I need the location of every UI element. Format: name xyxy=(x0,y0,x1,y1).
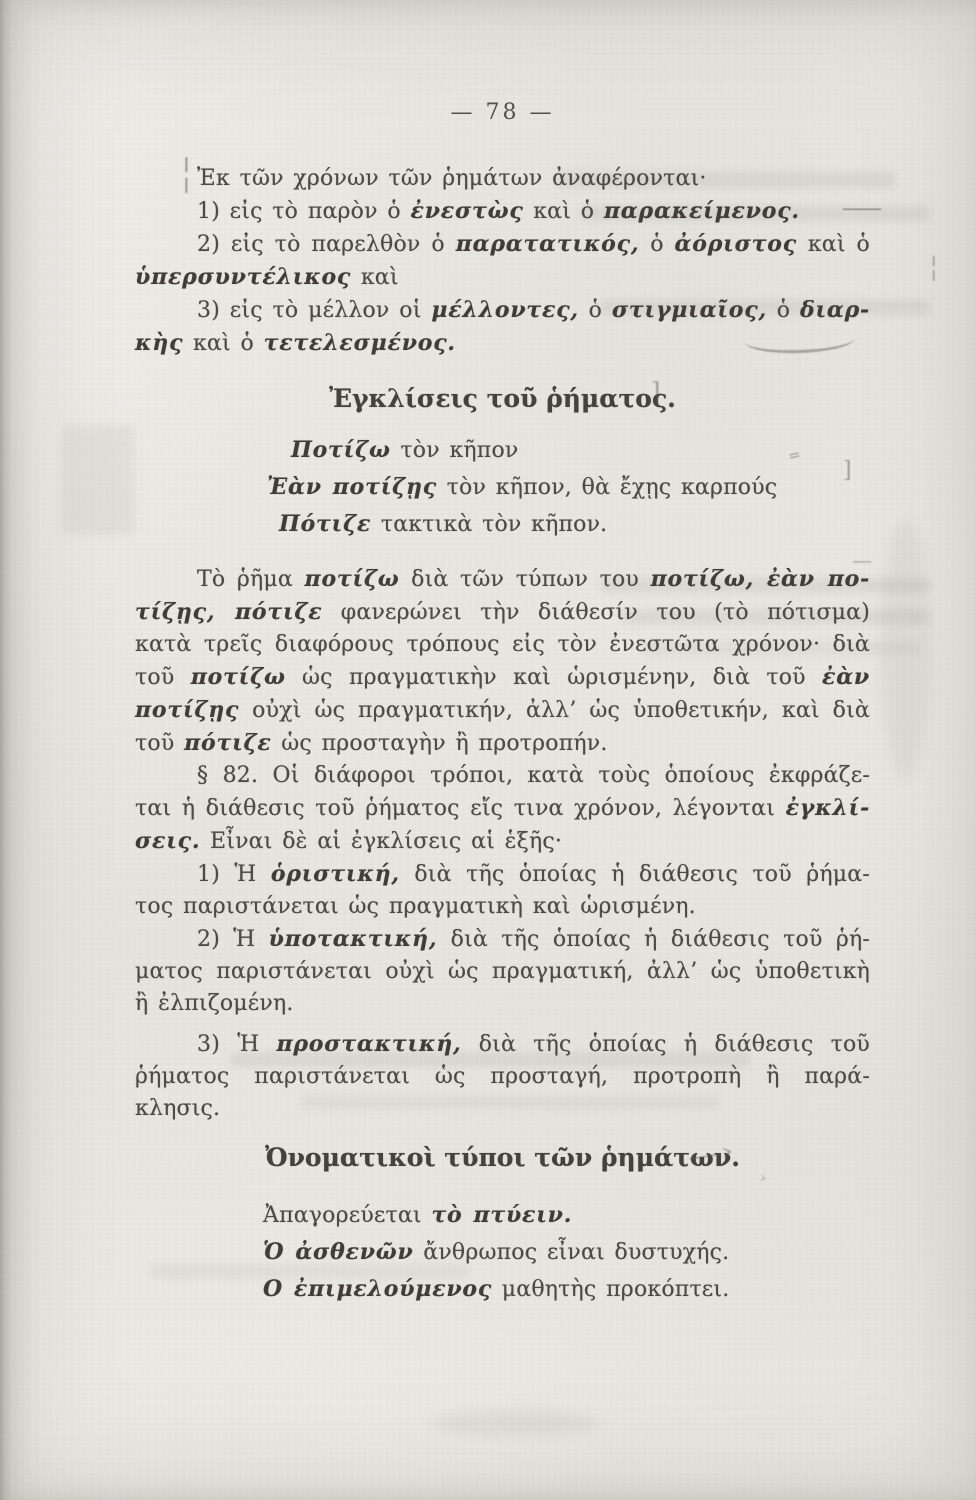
text-segment: φανερώνει τὴν διάθεσίν του (τὸ πότισμα) xyxy=(322,600,870,625)
text-line: τίζῃς, πότιζε φανερώνει τὴν διάθεσίν του… xyxy=(135,596,870,629)
text-line: τος παριστάνεται ὡς πραγματικὴ καὶ ὡρισμ… xyxy=(135,891,870,923)
text-line: Ποτίζω τὸν κῆπον xyxy=(267,432,870,469)
text-segment: ἄνθρωπος εἶναι δυστυχής. xyxy=(414,1240,730,1265)
text-segment: διὰ τῶν τύπων του xyxy=(400,567,651,592)
grammar-term: κὴς xyxy=(135,330,183,356)
paragraph-potizo-explanation: Τὸ ῥῆμα ποτίζω διὰ τῶν τύπων του ποτίζω,… xyxy=(135,563,870,760)
grammar-term: ἐγκλί- xyxy=(786,795,870,821)
text-line: Ἐὰν ποτίζῃς τὸν κῆπον, θὰ ἔχῃς καρπούς xyxy=(267,469,870,506)
text-segment: 1) εἰς τὸ παρὸν ὁ xyxy=(197,199,411,224)
text-segment: κατὰ τρεῖς διαφόρους τρόπους εἰς τὸν ἐνε… xyxy=(135,632,870,657)
grammar-term: Ἐὰν ποτίζῃς xyxy=(267,474,437,500)
text-line: κατὰ τρεῖς διαφόρους τρόπους εἰς τὸν ἐνε… xyxy=(135,629,870,661)
text-segment: καὶ ὁ xyxy=(183,331,263,356)
text-segment: τακτικὰ τὸν κῆπον. xyxy=(371,512,607,537)
grammar-term: τετελεσμένος. xyxy=(264,330,456,356)
grammar-term: πότιζε xyxy=(184,730,271,756)
text-segment: τοῦ xyxy=(135,731,184,756)
text-segment: Ἀπαγορεύεται xyxy=(263,1203,431,1228)
text-line: Ἐκ τῶν χρόνων τῶν ῥημάτων ἀναφέρονται· xyxy=(135,163,870,195)
text-line: τοῦ ποτίζω ὡς πραγματικὴν καὶ ὡρισμένην,… xyxy=(135,661,870,694)
text-segment: καὶ xyxy=(351,265,399,290)
text-line: σεις. Εἶναι δὲ αἱ ἐγκλίσεις αἱ ἑξῆς· xyxy=(135,825,870,858)
text-segment: 3) Ἡ xyxy=(197,1032,276,1057)
text-segment: τὸν κῆπον xyxy=(391,438,519,463)
text-segment: καὶ ὁ xyxy=(524,199,604,224)
grammar-term: Ὁ ἀσθενῶν xyxy=(263,1239,414,1265)
text-segment: τοῦ xyxy=(135,665,191,690)
grammar-term: τίζῃς, πότιζε xyxy=(135,599,322,625)
text-segment: ὡς προσταγὴν ἢ προτροπήν. xyxy=(272,731,608,756)
scan-artifact-margin-tick: ¦ xyxy=(930,251,937,284)
grammar-term: ποτίζῃς xyxy=(135,697,239,723)
paragraph-section-82: § 82. Οἱ διάφοροι τρόποι, κατὰ τοὺς ὁποί… xyxy=(135,760,870,858)
text-line: 3) εἰς τὸ μέλλον οἱ μέλλοντες, ὁ στιγμια… xyxy=(135,294,870,327)
grammar-term: ἀόριστος xyxy=(675,231,797,257)
text-line: 2) Ἡ ὑποτακτική, διὰ τῆς ὁποίας ἡ διάθεσ… xyxy=(135,923,870,956)
text-segment: καὶ ὁ xyxy=(797,232,870,257)
text-segment: ἢ ἐλπιζομένη. xyxy=(135,991,294,1016)
text-line: 2) εἰς τὸ παρελθὸν ὁ παρατατικός, ὁ ἀόρι… xyxy=(135,228,870,261)
paragraph-verb-tenses: Ἐκ τῶν χρόνων τῶν ῥημάτων ἀναφέρονται·1)… xyxy=(135,163,870,360)
grammar-term: Πότιζε xyxy=(279,511,371,537)
grammar-term: ποτίζω xyxy=(191,664,286,690)
grammar-term: προστακτική, xyxy=(276,1031,461,1057)
text-segment: 2) Ἡ xyxy=(197,927,269,952)
text-segment: ται ἡ διάθεσις τοῦ ῥήματος εἴς τινα χρόν… xyxy=(135,796,786,821)
grammar-term: Ο ἐπιμελούμενος xyxy=(263,1276,492,1302)
grammar-term: σεις. xyxy=(135,828,200,854)
grammar-term: ὑπερσυντέλικος xyxy=(135,264,351,290)
text-segment: Εἶναι δὲ αἱ ἐγκλίσεις αἱ ἑξῆς· xyxy=(200,829,562,854)
example-block-watering: Ποτίζω τὸν κῆπονἘὰν ποτίζῃς τὸν κῆπον, θ… xyxy=(267,432,870,543)
text-line: Ἀπαγορεύεται τὸ πτύειν. xyxy=(263,1197,870,1234)
text-line: 3) Ἡ προστακτική, διὰ τῆς ὁποίας ἡ διάθε… xyxy=(135,1028,870,1061)
text-line: ματος παριστάνεται οὐχὶ ὡς πραγματική, ἀ… xyxy=(135,956,870,988)
text-segment: ὁ xyxy=(579,298,612,323)
text-line: κὴς καὶ ὁ τετελεσμένος. xyxy=(135,327,870,360)
text-segment: 3) εἰς τὸ μέλλον οἱ xyxy=(197,298,431,323)
grammar-term: ἐὰν xyxy=(822,664,870,690)
bleedthrough-smudge xyxy=(60,425,135,535)
grammar-term: ποτίζω, ἐὰν πο- xyxy=(651,566,870,592)
scan-smudge xyxy=(430,1410,600,1436)
text-line: Πότιζε τακτικὰ τὸν κῆπον. xyxy=(267,506,870,543)
text-segment: ῥήματος παριστάνεται ὡς προσταγή, προτρο… xyxy=(135,1064,870,1089)
text-line: τοῦ πότιζε ὡς προσταγὴν ἢ προτροπήν. xyxy=(135,727,870,760)
text-segment: ματος παριστάνεται οὐχὶ ὡς πραγματική, ἀ… xyxy=(135,959,870,984)
text-segment: τὸν κῆπον, θὰ ἔχῃς καρπούς xyxy=(437,475,777,500)
page-number: — 78 — xyxy=(135,0,870,125)
grammar-term: Ποτίζω xyxy=(291,437,391,463)
text-segment: Τὸ ῥῆμα xyxy=(197,567,305,592)
text-line: ῥήματος παριστάνεται ὡς προσταγή, προτρο… xyxy=(135,1061,870,1093)
grammar-term: ἐνεστὼς xyxy=(411,198,524,224)
grammar-term: παρακείμενος. xyxy=(604,198,800,224)
paragraph-mood-indicative: 1) Ἡ ὁριστική, διὰ τῆς ὁποίας ἡ διάθεσις… xyxy=(135,858,870,923)
grammar-term: τὸ πτύειν. xyxy=(431,1202,572,1228)
text-line: Ο ἐπιμελούμενος μαθητὴς προκόπτει. xyxy=(263,1271,870,1308)
text-segment: 1) Ἡ xyxy=(197,862,271,887)
grammar-term: ποτίζω xyxy=(305,566,400,592)
scan-smudge xyxy=(880,520,930,780)
text-segment: διὰ τῆς ὁποίας ἡ διάθεσις τοῦ ῥήμα- xyxy=(400,862,870,887)
text-line: Τὸ ῥῆμα ποτίζω διὰ τῶν τύπων του ποτίζω,… xyxy=(135,563,870,596)
grammar-term: διαρ- xyxy=(800,297,870,323)
text-segment: ὡς πραγματικὴν καὶ ὡρισμένην, διὰ τοῦ xyxy=(286,665,822,690)
text-segment: οὐχὶ ὡς πραγματικήν, ἀλλ’ ὡς ὑποθετικήν,… xyxy=(239,698,870,723)
text-segment: ὁ xyxy=(767,298,800,323)
heading-moods: Ἐγκλίσεις τοῦ ῥήματος. xyxy=(135,382,870,416)
grammar-term: μέλλοντες, xyxy=(431,297,579,323)
text-segment: 2) εἰς τὸ παρελθὸν ὁ xyxy=(197,232,456,257)
text-column: — 78 — Ἐκ τῶν χρόνων τῶν ῥημάτων ἀναφέρο… xyxy=(135,0,870,1308)
grammar-term: ὑποτακτική, xyxy=(269,926,438,952)
text-line: 1) Ἡ ὁριστική, διὰ τῆς ὁποίας ἡ διάθεσις… xyxy=(135,858,870,891)
heading-nominal-forms: Ὀνοματικοὶ τύποι τῶν ῥημάτων. xyxy=(135,1141,870,1175)
scanned-book-page: — 78 — Ἐκ τῶν χρόνων τῶν ῥημάτων ἀναφέρο… xyxy=(0,0,976,1500)
text-line: § 82. Οἱ διάφοροι τρόποι, κατὰ τοὺς ὁποί… xyxy=(135,760,870,792)
text-segment: διὰ τῆς ὁποίας ἡ διάθεσις τοῦ ῥή- xyxy=(437,927,870,952)
text-line: κλησις. xyxy=(135,1093,870,1125)
grammar-term: παρατατικός, xyxy=(456,231,640,257)
paragraph-mood-imperative: 3) Ἡ προστακτική, διὰ τῆς ὁποίας ἡ διάθε… xyxy=(135,1028,870,1125)
text-segment: τος παριστάνεται ὡς πραγματικὴ καὶ ὡρισμ… xyxy=(135,894,696,919)
text-segment: ὁ xyxy=(639,232,674,257)
text-segment: διὰ τῆς ὁποίας ἡ διάθεσις τοῦ xyxy=(461,1032,870,1057)
text-segment: κλησις. xyxy=(135,1096,220,1121)
text-segment: μαθητὴς προκόπτει. xyxy=(492,1277,729,1302)
text-line: ται ἡ διάθεσις τοῦ ῥήματος εἴς τινα χρόν… xyxy=(135,792,870,825)
text-line: ὑπερσυντέλικος καὶ xyxy=(135,261,870,294)
grammar-term: ὁριστική, xyxy=(271,861,400,887)
text-line: ἢ ἐλπιζομένη. xyxy=(135,988,870,1020)
example-block-nominal: Ἀπαγορεύεται τὸ πτύειν.Ὁ ἀσθενῶν ἄνθρωπο… xyxy=(263,1197,870,1308)
text-segment: § 82. Οἱ διάφοροι τρόποι, κατὰ τοὺς ὁποί… xyxy=(197,763,870,788)
grammar-term: στιγμιαῖος, xyxy=(612,297,767,323)
text-line: Ὁ ἀσθενῶν ἄνθρωπος εἶναι δυστυχής. xyxy=(263,1234,870,1271)
text-line: 1) εἰς τὸ παρὸν ὁ ἐνεστὼς καὶ ὁ παρακείμ… xyxy=(135,195,870,228)
text-segment: Ἐκ τῶν χρόνων τῶν ῥημάτων ἀναφέρονται· xyxy=(197,166,707,191)
paragraph-mood-subjunctive: 2) Ἡ ὑποτακτική, διὰ τῆς ὁποίας ἡ διάθεσ… xyxy=(135,923,870,1020)
text-line: ποτίζῃς οὐχὶ ὡς πραγματικήν, ἀλλ’ ὡς ὑπο… xyxy=(135,694,870,727)
